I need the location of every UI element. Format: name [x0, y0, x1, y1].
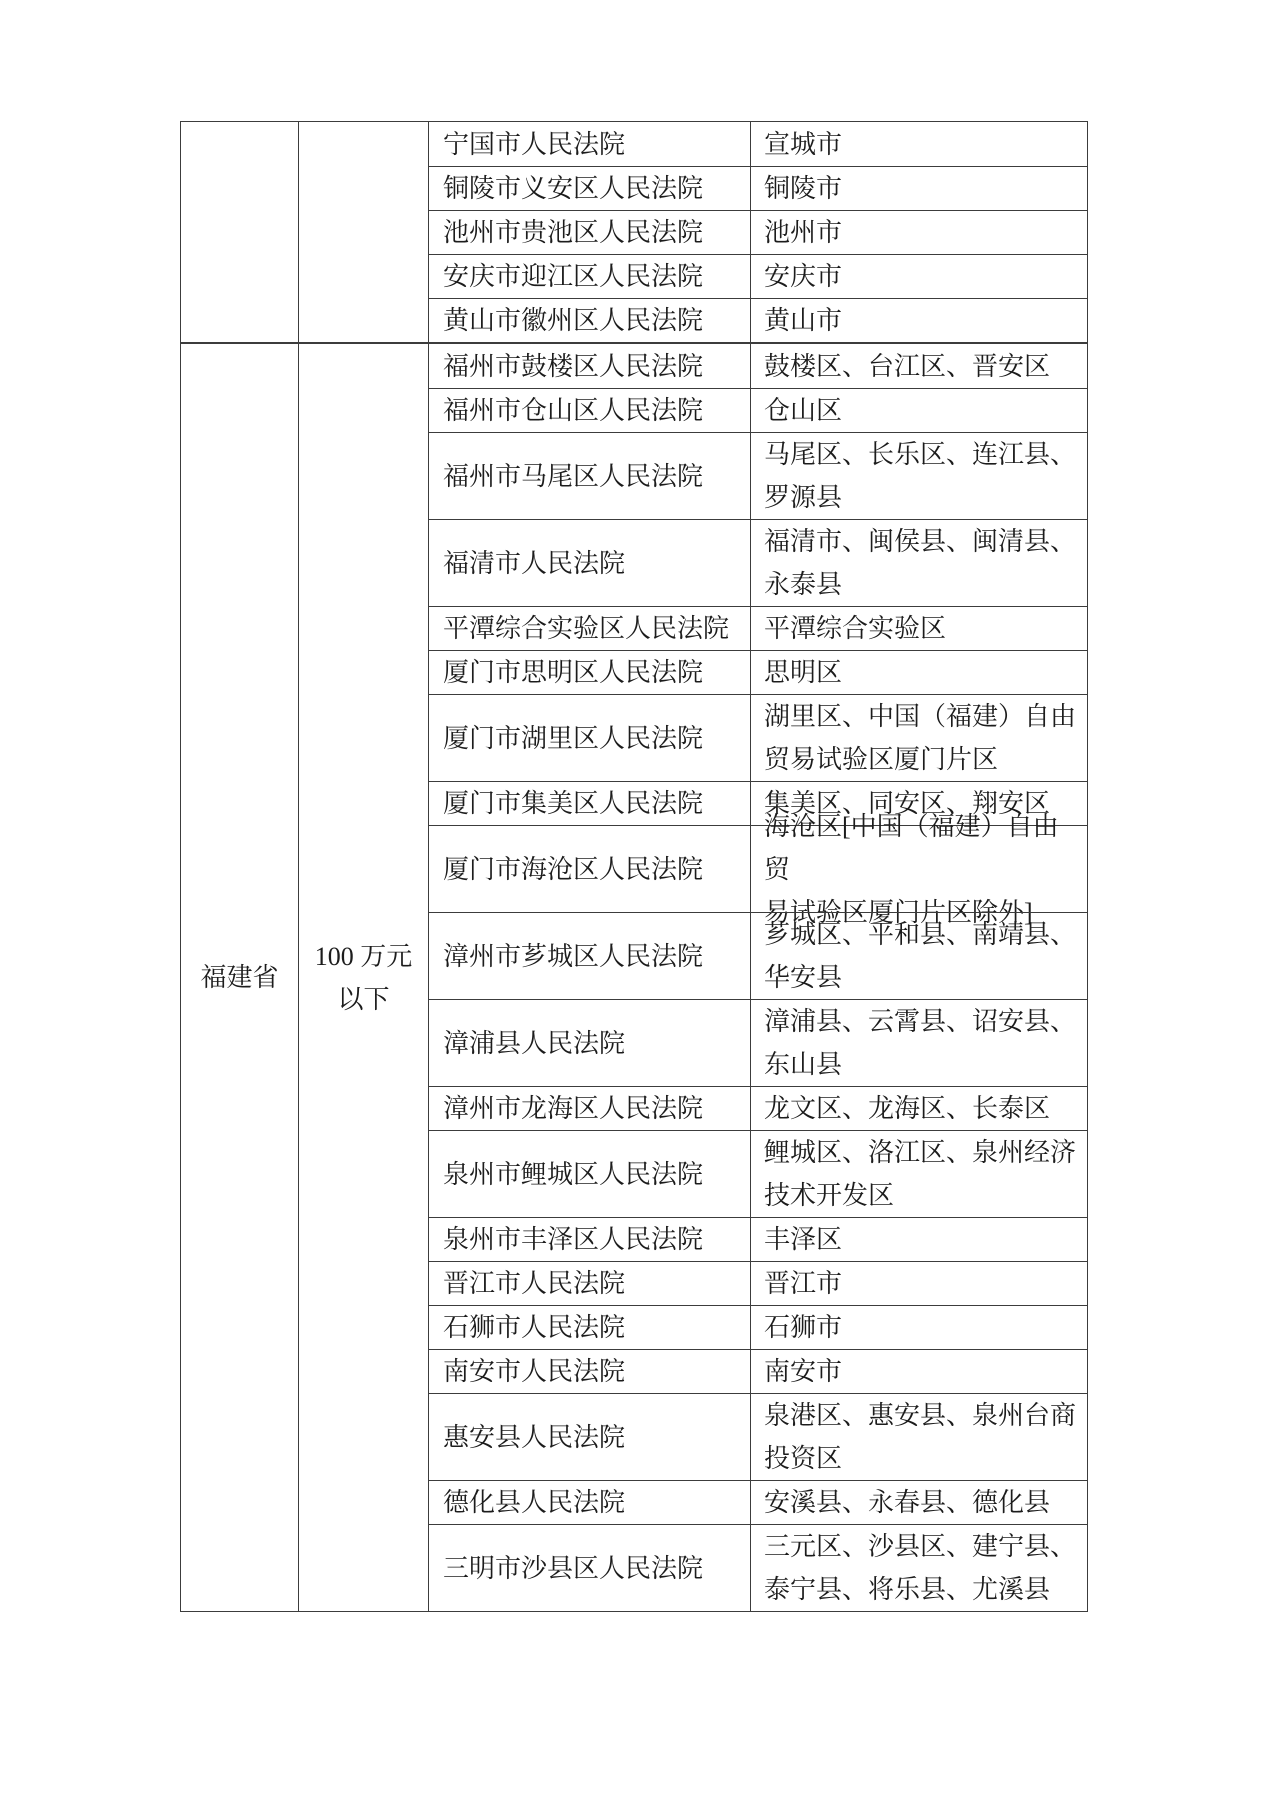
court-cell: 泉州市鲤城区人民法院	[429, 1131, 751, 1217]
court-cell: 福清市人民法院	[429, 520, 751, 606]
region-cell: 海沧区[中国（福建）自由贸 易试验区厦门片区除外]	[751, 826, 1087, 912]
court-cell: 铜陵市义安区人民法院	[429, 167, 751, 210]
region-cell: 平潭综合实验区	[751, 607, 1087, 650]
region-cell: 丰泽区	[751, 1218, 1087, 1261]
amount-cell: 100 万元 以下	[299, 344, 429, 1611]
region-cell: 湖里区、中国（福建）自由 贸易试验区厦门片区	[751, 695, 1087, 781]
court-cell: 南安市人民法院	[429, 1350, 751, 1393]
table-row: 厦门市湖里区人民法院 湖里区、中国（福建）自由 贸易试验区厦门片区	[429, 694, 1087, 781]
court-rows: 宁国市人民法院 宣城市 铜陵市义安区人民法院 铜陵市 池州市贵池区人民法院 池州…	[429, 122, 1087, 342]
region-cell: 鲤城区、洛江区、泉州经济 技术开发区	[751, 1131, 1087, 1217]
table-row: 铜陵市义安区人民法院 铜陵市	[429, 166, 1087, 210]
court-cell: 晋江市人民法院	[429, 1262, 751, 1305]
table-row: 三明市沙县区人民法院 三元区、沙县区、建宁县、 泰宁县、将乐县、尤溪县	[429, 1524, 1087, 1611]
region-cell: 泉港区、惠安县、泉州台商 投资区	[751, 1394, 1087, 1480]
court-cell: 安庆市迎江区人民法院	[429, 255, 751, 298]
court-cell: 黄山市徽州区人民法院	[429, 299, 751, 342]
table-row: 泉州市鲤城区人民法院 鲤城区、洛江区、泉州经济 技术开发区	[429, 1130, 1087, 1217]
court-cell: 德化县人民法院	[429, 1481, 751, 1524]
table-row: 福州市鼓楼区人民法院 鼓楼区、台江区、晋安区	[429, 344, 1087, 388]
region-cell: 思明区	[751, 651, 1087, 694]
court-cell: 石狮市人民法院	[429, 1306, 751, 1349]
region-cell: 池州市	[751, 211, 1087, 254]
amount-cell	[299, 122, 429, 342]
table-row: 晋江市人民法院 晋江市	[429, 1261, 1087, 1305]
court-cell: 福州市马尾区人民法院	[429, 433, 751, 519]
court-cell: 泉州市丰泽区人民法院	[429, 1218, 751, 1261]
table-row: 厦门市海沧区人民法院 海沧区[中国（福建）自由贸 易试验区厦门片区除外]	[429, 825, 1087, 912]
court-cell: 福州市仓山区人民法院	[429, 389, 751, 432]
table-section-previous-province: 宁国市人民法院 宣城市 铜陵市义安区人民法院 铜陵市 池州市贵池区人民法院 池州…	[181, 122, 1087, 342]
table-row: 平潭综合实验区人民法院 平潭综合实验区	[429, 606, 1087, 650]
court-cell: 漳浦县人民法院	[429, 1000, 751, 1086]
table-row: 厦门市思明区人民法院 思明区	[429, 650, 1087, 694]
region-cell: 漳浦县、云霄县、诏安县、 东山县	[751, 1000, 1087, 1086]
region-cell: 马尾区、长乐区、连江县、 罗源县	[751, 433, 1087, 519]
court-cell: 惠安县人民法院	[429, 1394, 751, 1480]
table-row: 福州市马尾区人民法院 马尾区、长乐区、连江县、 罗源县	[429, 432, 1087, 519]
court-cell: 厦门市思明区人民法院	[429, 651, 751, 694]
table-row: 安庆市迎江区人民法院 安庆市	[429, 254, 1087, 298]
region-cell: 石狮市	[751, 1306, 1087, 1349]
court-cell: 厦门市集美区人民法院	[429, 782, 751, 825]
region-cell: 三元区、沙县区、建宁县、 泰宁县、将乐县、尤溪县	[751, 1525, 1087, 1611]
table-row: 漳州市芗城区人民法院 芗城区、平和县、南靖县、 华安县	[429, 912, 1087, 999]
table-row: 黄山市徽州区人民法院 黄山市	[429, 298, 1087, 342]
court-cell: 三明市沙县区人民法院	[429, 1525, 751, 1611]
court-cell: 池州市贵池区人民法院	[429, 211, 751, 254]
region-cell: 宣城市	[751, 122, 1087, 166]
table-row: 漳浦县人民法院 漳浦县、云霄县、诏安县、 东山县	[429, 999, 1087, 1086]
table-row: 福州市仓山区人民法院 仓山区	[429, 388, 1087, 432]
region-cell: 福清市、闽侯县、闽清县、 永泰县	[751, 520, 1087, 606]
region-cell: 晋江市	[751, 1262, 1087, 1305]
jurisdiction-table: 宁国市人民法院 宣城市 铜陵市义安区人民法院 铜陵市 池州市贵池区人民法院 池州…	[180, 121, 1088, 1612]
court-cell: 平潭综合实验区人民法院	[429, 607, 751, 650]
table-section-fujian: 福建省 100 万元 以下 福州市鼓楼区人民法院 鼓楼区、台江区、晋安区 福州市…	[181, 342, 1087, 1611]
court-cell: 漳州市龙海区人民法院	[429, 1087, 751, 1130]
region-cell: 龙文区、龙海区、长泰区	[751, 1087, 1087, 1130]
court-cell: 宁国市人民法院	[429, 122, 751, 166]
table-row: 南安市人民法院 南安市	[429, 1349, 1087, 1393]
table-row: 池州市贵池区人民法院 池州市	[429, 210, 1087, 254]
court-rows: 福州市鼓楼区人民法院 鼓楼区、台江区、晋安区 福州市仓山区人民法院 仓山区 福州…	[429, 344, 1087, 1611]
region-cell: 安庆市	[751, 255, 1087, 298]
province-cell: 福建省	[181, 344, 299, 1611]
court-cell: 厦门市海沧区人民法院	[429, 826, 751, 912]
table-row: 德化县人民法院 安溪县、永春县、德化县	[429, 1480, 1087, 1524]
region-cell: 南安市	[751, 1350, 1087, 1393]
court-cell: 福州市鼓楼区人民法院	[429, 344, 751, 388]
table-row: 福清市人民法院 福清市、闽侯县、闽清县、 永泰县	[429, 519, 1087, 606]
region-cell: 铜陵市	[751, 167, 1087, 210]
court-cell: 漳州市芗城区人民法院	[429, 913, 751, 999]
region-cell: 鼓楼区、台江区、晋安区	[751, 344, 1087, 388]
table-row: 泉州市丰泽区人民法院 丰泽区	[429, 1217, 1087, 1261]
region-cell: 黄山市	[751, 299, 1087, 342]
table-row: 漳州市龙海区人民法院 龙文区、龙海区、长泰区	[429, 1086, 1087, 1130]
region-cell: 安溪县、永春县、德化县	[751, 1481, 1087, 1524]
court-cell: 厦门市湖里区人民法院	[429, 695, 751, 781]
document-page: 宁国市人民法院 宣城市 铜陵市义安区人民法院 铜陵市 池州市贵池区人民法院 池州…	[0, 0, 1280, 1810]
table-row: 惠安县人民法院 泉港区、惠安县、泉州台商 投资区	[429, 1393, 1087, 1480]
region-cell: 仓山区	[751, 389, 1087, 432]
region-cell: 芗城区、平和县、南靖县、 华安县	[751, 913, 1087, 999]
table-row: 宁国市人民法院 宣城市	[429, 122, 1087, 166]
province-cell	[181, 122, 299, 342]
table-row: 石狮市人民法院 石狮市	[429, 1305, 1087, 1349]
